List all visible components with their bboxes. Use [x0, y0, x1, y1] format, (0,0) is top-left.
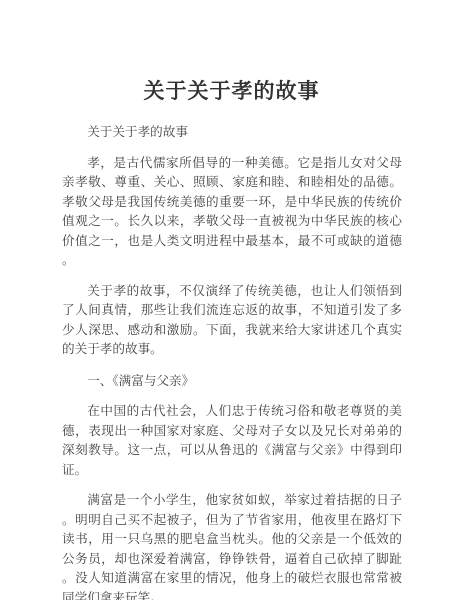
paragraph-intro-xiao: 孝，是古代儒家所倡导的一种美德。它是指儿女对父母亲孝敬、尊重、关心、照顾、家庭和…	[62, 154, 402, 271]
paragraph-ancient-society: 在中国的古代社会，人们忠于传统习俗和敬老尊贤的美德，表现出一种国家对家庭、父母对…	[62, 402, 402, 480]
section-heading-manfu: 一、《满富与父亲》	[62, 372, 402, 392]
document-subtitle: 关于关于孝的故事	[62, 123, 402, 143]
paragraph-manfu-story: 满富是一个小学生，他家贫如蚁，举家过着拮据的日子。明明自己买不起被子，但为了节省…	[62, 491, 402, 600]
document-title: 关于关于孝的故事	[0, 78, 463, 105]
document-body: 关于关于孝的故事 孝，是古代儒家所倡导的一种美德。它是指儿女对父母亲孝敬、尊重、…	[62, 123, 402, 600]
paragraph-stories-intro: 关于孝的故事，不仅演绎了传统美德，也让人们领悟到了人间真情，那些让我们流连忘返的…	[62, 282, 402, 360]
document-page: 关于关于孝的故事 关于关于孝的故事 孝，是古代儒家所倡导的一种美德。它是指儿女对…	[0, 0, 463, 600]
